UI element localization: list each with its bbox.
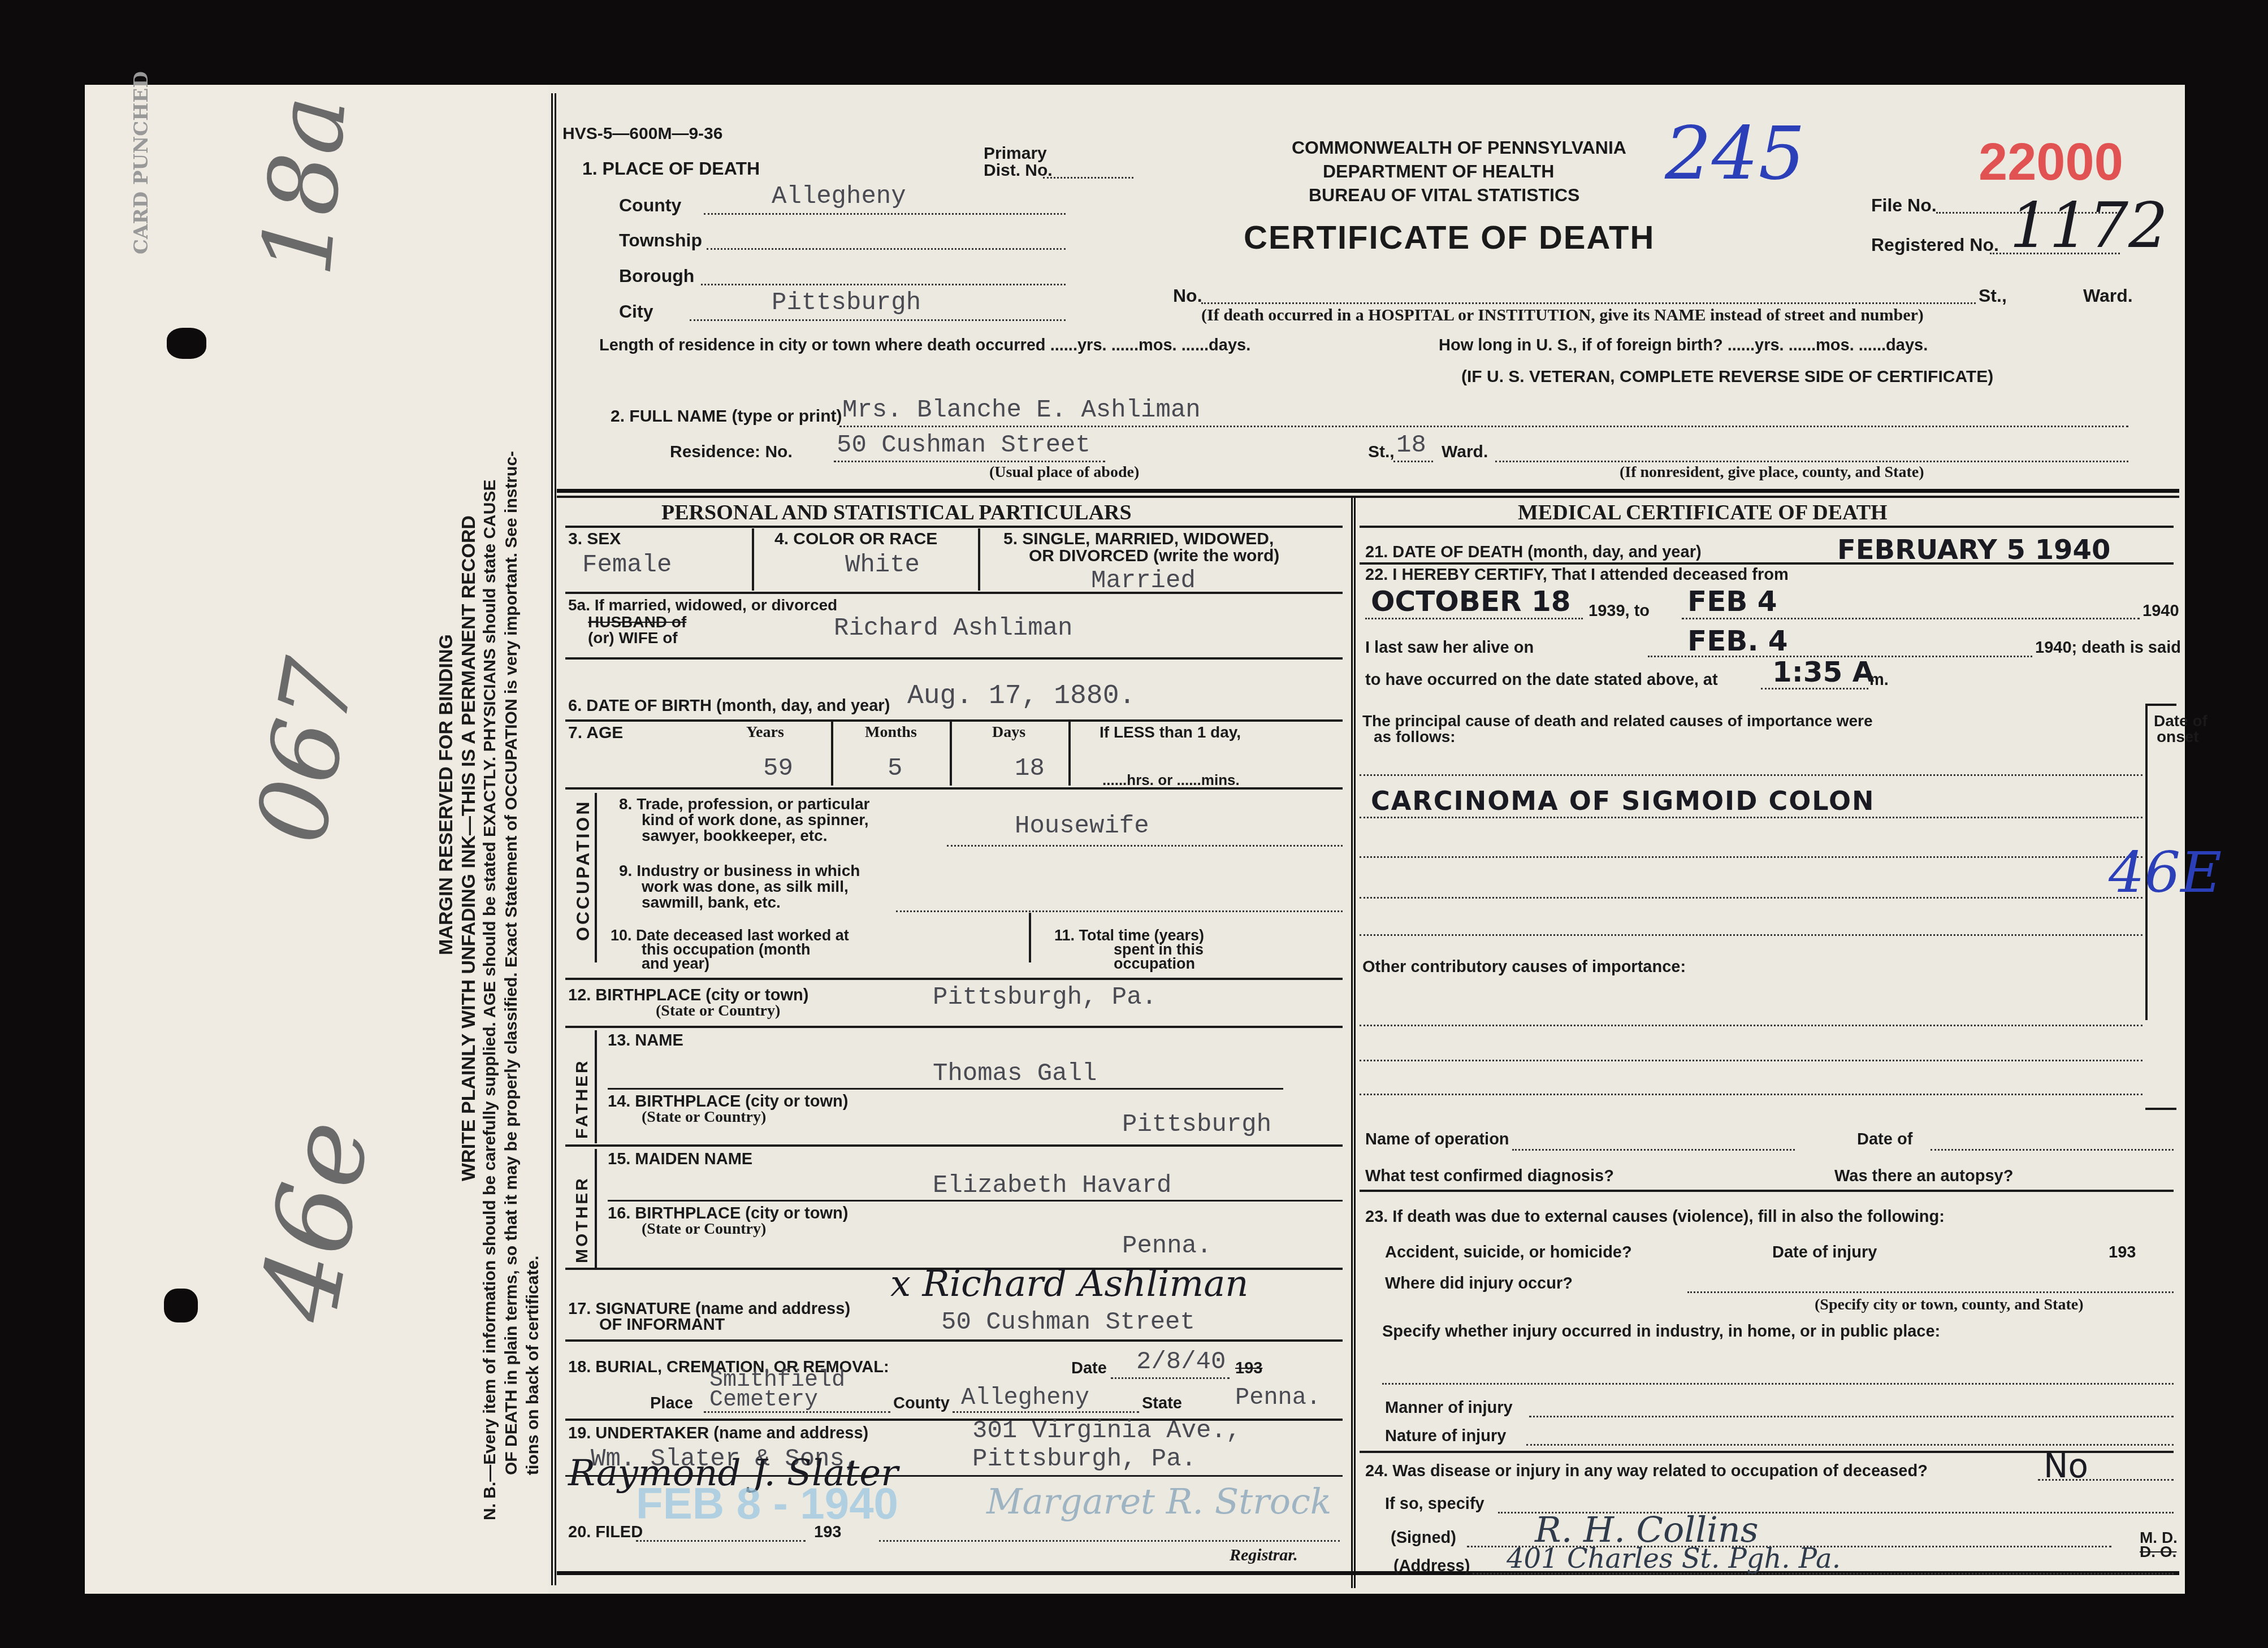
punch-hole-top — [167, 328, 206, 359]
time-suffix: m. — [1869, 671, 1889, 689]
mother-name-label: 15. MAIDEN NAME — [608, 1150, 752, 1169]
ward-value: 18 — [1396, 431, 1426, 459]
margin-border — [551, 93, 556, 1585]
card-punched-stamp: CARD PUNCHED — [130, 71, 153, 254]
accident-label: Accident, suicide, or homicide? — [1385, 1243, 1632, 1262]
specify-place-label: Specify whether injury occurred in indus… — [1382, 1322, 1940, 1341]
handwritten-number: 245 — [1665, 110, 1805, 196]
age-months: 5 — [888, 754, 902, 783]
hospital-note: (If death occurred in a HOSPITAL or INST… — [1201, 306, 1924, 325]
undertaker-label: 19. UNDERTAKER (name and address) — [568, 1424, 868, 1443]
nonresident-note: (If nonresident, give place, county, and… — [1620, 463, 1924, 482]
sex-label: 3. SEX — [568, 530, 621, 549]
city-value: Pittsburgh — [772, 289, 921, 317]
race-label: 4. COLOR OR RACE — [774, 530, 937, 549]
informant-address: 50 Cushman Street — [941, 1308, 1195, 1337]
registrar-signature: Margaret R. Strock — [986, 1481, 1331, 1522]
mother-birthplace-label-2: (State or Country) — [642, 1220, 766, 1238]
father-birthplace-label-2: (State or Country) — [642, 1108, 766, 1126]
veteran-note: (IF U. S. VETERAN, COMPLETE REVERSE SIDE… — [1461, 367, 1993, 387]
county-label: County — [619, 195, 681, 216]
nb-instruction-2: OF DEATH in plain terms, so that it may … — [502, 451, 521, 1475]
marital-label-2: OR DIVORCED (write the word) — [1029, 547, 1279, 566]
manner-label: Manner of injury — [1385, 1399, 1513, 1417]
primary-label: Primary — [984, 144, 1047, 163]
spouse-label-3: (or) WIFE of — [588, 629, 678, 647]
marital-value: Married — [1091, 567, 1196, 595]
place-of-death-label: 1. PLACE OF DEATH — [582, 158, 760, 179]
medical-section-title: MEDICAL CERTIFICATE OF DEATH — [1518, 500, 1888, 525]
foreign-birth-label: How long in U. S., if of foreign birth? … — [1439, 336, 1928, 355]
time-of-death: 1:35 A — [1772, 656, 1874, 688]
burial-state-value: Penna. — [1235, 1384, 1321, 1411]
undertaker-address-1: 301 Virginia Ave., — [972, 1417, 1241, 1445]
nature-label: Nature of injury — [1385, 1427, 1506, 1446]
race-value: White — [845, 551, 920, 579]
township-label: Township — [619, 230, 702, 251]
cause-code: 46E — [2109, 839, 2222, 905]
burial-state-label: State — [1142, 1394, 1182, 1413]
registered-no-label: Registered No. — [1871, 235, 1999, 255]
informant-signature: x Richard Ashliman — [890, 1263, 1249, 1305]
street-ward-label: Ward. — [2083, 285, 2133, 306]
filed-label: 20. FILED — [568, 1523, 643, 1542]
physician-address: 401 Charles St. Pgh. Pa. — [1507, 1543, 1841, 1575]
occupation-side-label: OCCUPATION — [573, 800, 594, 941]
mother-birthplace-value: Penna. — [1122, 1232, 1211, 1260]
county-value: Allegheny — [772, 183, 906, 211]
industry-label-3: sawmill, bank, etc. — [642, 894, 781, 912]
agency-line-3: BUREAU OF VITAL STATISTICS — [1309, 185, 1579, 206]
last-saw-value: FEB. 4 — [1687, 624, 1788, 657]
street-no-label: No. — [1173, 285, 1202, 306]
trade-value: Housewife — [1015, 812, 1149, 840]
residence-st-label: St., — [1368, 443, 1395, 462]
file-no-label: File No. — [1871, 195, 1937, 216]
mother-side-label: MOTHER — [573, 1176, 592, 1263]
agency-line-2: DEPARTMENT OF HEALTH — [1323, 161, 1554, 182]
death-date-value: FEBRUARY 5 1940 — [1837, 534, 2110, 566]
punch-hole-bottom — [164, 1289, 198, 1322]
full-name-value: Mrs. Blanche E. Ashliman — [842, 396, 1201, 424]
injury-year-prefix: 193 — [2109, 1243, 2136, 1262]
dist-no-label: Dist. No. — [984, 161, 1053, 180]
father-side-label: FATHER — [573, 1059, 592, 1139]
binding-margin: CARD PUNCHED 18a 067 46e MARGIN RESERVED… — [85, 85, 548, 1594]
full-name-label: 2. FULL NAME (type or print) — [611, 407, 842, 426]
injury-date-label: Date of injury — [1772, 1243, 1877, 1262]
attended-to-value: FEB 4 — [1687, 585, 1777, 618]
test-label: What test confirmed diagnosis? — [1365, 1167, 1614, 1186]
filed-date-stamp: FEB 8 - 1940 — [636, 1478, 898, 1529]
total-time-label-3: occupation — [1114, 955, 1195, 973]
form-code: HVS-5—600M—9-36 — [562, 124, 722, 144]
occurred-label: to have occurred on the date stated abov… — [1365, 671, 1718, 689]
abode-note: (Usual place of abode) — [989, 463, 1139, 482]
autopsy-label: Was there an autopsy? — [1834, 1167, 2013, 1186]
spouse-value: Richard Ashliman — [834, 614, 1072, 643]
onset-label-2: onset — [2157, 728, 2199, 746]
cause-of-death: CARCINOMA OF SIGMOID COLON — [1371, 786, 1875, 816]
mother-name-value: Elizabeth Havard — [933, 1172, 1171, 1200]
borough-label: Borough — [619, 266, 694, 287]
binding-note: MARGIN RESERVED FOR BINDING — [435, 634, 457, 955]
agency-line-1: COMMONWEALTH OF PENNSYLVANIA — [1292, 137, 1626, 158]
years-label: Years — [746, 723, 784, 741]
operation-label: Name of operation — [1365, 1130, 1509, 1149]
nb-instruction-1: N. B.—Every item of information should b… — [481, 480, 500, 1520]
last-worked-label-3: and year) — [642, 955, 709, 973]
age-label: 7. AGE — [568, 723, 623, 743]
certify-label: 22. I HEREBY CERTIFY, That I attended de… — [1365, 566, 1789, 584]
pencil-note-46e: 46e — [236, 1112, 394, 1330]
undertaker-address-2: Pittsburgh, Pa. — [972, 1445, 1196, 1473]
pencil-note-18a: 18a — [241, 92, 368, 280]
residence-length-label: Length of residence in city or town wher… — [599, 336, 1250, 355]
last-saw-label: I last saw her alive on — [1365, 639, 1534, 657]
filed-year-prefix: 193 — [814, 1523, 841, 1542]
death-date-label: 21. DATE OF DEATH (month, day, and year) — [1365, 543, 1702, 562]
certificate-title: CERTIFICATE OF DEATH — [1244, 219, 1655, 257]
trade-label-3: sawyer, bookkeeper, etc. — [642, 827, 827, 845]
other-causes-label: Other contributory causes of importance: — [1362, 958, 1686, 977]
dob-label: 6. DATE OF BIRTH (month, day, and year) — [568, 697, 890, 715]
attended-from-year: 1939, to — [1589, 602, 1650, 621]
personal-section-title: PERSONAL AND STATISTICAL PARTICULARS — [661, 500, 1132, 525]
registered-number: 1172 — [2010, 189, 2168, 262]
stamped-file-number: 22000 — [1979, 133, 2123, 192]
burial-date-label: Date — [1071, 1359, 1107, 1378]
street-st-label: St., — [1979, 285, 2007, 306]
place-label: Place — [650, 1394, 693, 1413]
where-injury-label: Where did injury occur? — [1385, 1274, 1573, 1293]
occupation-related-label: 24. Was disease or injury in any way rel… — [1365, 1462, 1928, 1481]
birthplace-label-2: (State or Country) — [656, 1002, 780, 1020]
months-label: Months — [865, 723, 917, 741]
father-name-label: 13. NAME — [608, 1031, 683, 1050]
nb-instruction-3: tions on back of certificate. — [523, 1256, 543, 1475]
attended-from-value: OCTOBER 18 — [1371, 585, 1571, 618]
burial-county-value: Allegheny — [961, 1384, 1089, 1411]
occupation-related-value: No — [2044, 1447, 2088, 1485]
age-days: 18 — [1015, 754, 1045, 783]
burial-date-value: 2/8/40 — [1136, 1348, 1226, 1376]
external-causes-label: 23. If death was due to external causes … — [1365, 1208, 1945, 1226]
days-label: Days — [992, 723, 1025, 741]
burial-place-line-2: Cemetery — [709, 1387, 818, 1413]
where-injury-note: (Specify city or town, county, and State… — [1815, 1296, 2083, 1314]
spouse-label-1: 5a. If married, widowed, or divorced — [568, 596, 837, 614]
signed-label: (Signed) — [1391, 1529, 1456, 1547]
residence-value: 50 Cushman Street — [837, 431, 1090, 459]
cause-label-2: as follows: — [1374, 728, 1456, 746]
operation-date-label: Date of — [1857, 1130, 1912, 1149]
last-saw-year: 1940; death is said — [2035, 639, 2181, 657]
informant-label-2: OF INFORMANT — [599, 1316, 725, 1334]
less-than-day-label: If LESS than 1 day, — [1100, 723, 1241, 741]
attended-to-year: 1940 — [2143, 602, 2179, 621]
father-birthplace-value: Pittsburgh — [1122, 1111, 1271, 1139]
ink-note: WRITE PLAINLY WITH UNFADING INK—THIS IS … — [458, 515, 480, 1181]
pencil-note-067: 067 — [236, 651, 378, 851]
birthplace-value: Pittsburgh, Pa. — [933, 983, 1157, 1012]
burial-year-prefix: 193 — [1235, 1359, 1262, 1378]
hrs-mins-label: ......hrs. or ......mins. — [1102, 771, 1240, 789]
sex-value: Female — [582, 551, 672, 579]
city-label: City — [619, 301, 653, 322]
registrar-label: Registrar. — [1230, 1546, 1298, 1565]
dob-value: Aug. 17, 1880. — [907, 681, 1135, 712]
address-label: (Address) — [1393, 1557, 1470, 1576]
do-label: D. O. — [2140, 1543, 2176, 1561]
if-so-label: If so, specify — [1385, 1495, 1484, 1513]
age-years: 59 — [763, 754, 793, 783]
burial-county-label: County — [893, 1394, 950, 1413]
residence-label: Residence: No. — [670, 443, 793, 462]
death-certificate-form: HVS-5—600M—9-36 Primary Dist. No. 1. PLA… — [557, 99, 2185, 1591]
father-name-value: Thomas Gall — [933, 1060, 1097, 1088]
marital-label-1: 5. SINGLE, MARRIED, WIDOWED, — [1003, 530, 1274, 549]
residence-ward-label: Ward. — [1442, 443, 1488, 462]
